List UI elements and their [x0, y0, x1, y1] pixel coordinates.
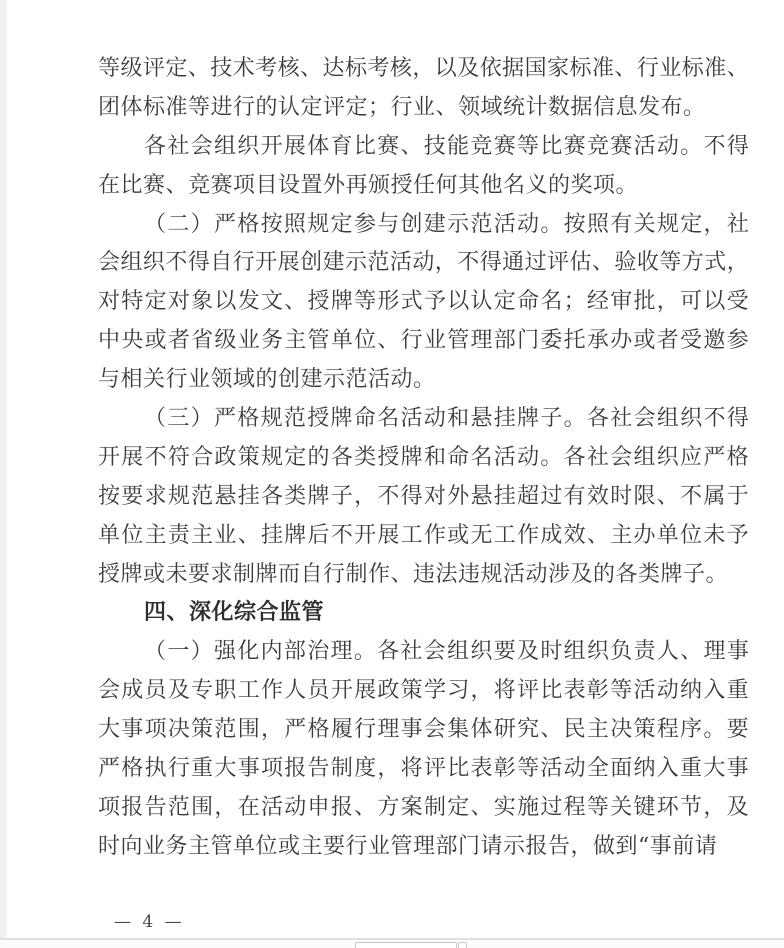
bottom-widget-handle[interactable]: [458, 942, 467, 948]
text-line: 对特定对象以发文、授牌等形式予以认定命名；经审批，可以受: [98, 283, 749, 322]
viewer-left-gutter: [0, 0, 7, 938]
page-footer: — 4 —: [114, 912, 185, 932]
text-line: 时向业务主管单位或主要行业管理部门请示报告，做到“事前请: [98, 828, 749, 867]
text-line: 大事项决策范围，严格履行理事会集体研究、民主决策程序。要: [98, 711, 749, 750]
text-line: （二）严格按照规定参与创建示范活动。按照有关规定，社: [98, 206, 749, 245]
text-line: 等级评定、技术考核、达标考核，以及依据国家标准、行业标准、: [98, 50, 749, 89]
document-viewer: 等级评定、技术考核、达标考核，以及依据国家标准、行业标准、团体标准等进行的认定评…: [0, 0, 784, 948]
text-line: 中央或者省级业务主管单位、行业管理部门委托承办或者受邀参: [98, 322, 749, 361]
text-line: （三）严格规范授牌命名活动和悬挂牌子。各社会组织不得: [98, 400, 749, 439]
section-heading: 四、深化综合监管: [98, 594, 749, 633]
text-line: 在比赛、竞赛项目设置外再颁授任何其他名义的奖项。: [98, 167, 749, 206]
text-line: 单位主责主业、挂牌后不开展工作或无工作成效、主办单位未予: [98, 517, 749, 556]
text-line: （一）强化内部治理。各社会组织要及时组织负责人、理事: [98, 633, 749, 672]
text-line: 按要求规范悬挂各类牌子，不得对外悬挂超过有效时限、不属于: [98, 478, 749, 517]
page-content: 等级评定、技术考核、达标考核，以及依据国家标准、行业标准、团体标准等进行的认定评…: [98, 50, 749, 867]
text-line: 团体标准等进行的认定评定；行业、领域统计数据信息发布。: [98, 89, 749, 128]
page-number: — 4 —: [114, 912, 185, 932]
bottom-widget-partial[interactable]: [355, 942, 457, 948]
text-line: 严格执行重大事项报告制度，将评比表彰等活动全面纳入重大事: [98, 750, 749, 789]
text-line: 项报告范围，在活动申报、方案制定、实施过程等关键环节，及: [98, 789, 749, 828]
text-line: 会组织不得自行开展创建示范活动，不得通过评估、验收等方式，: [98, 244, 749, 283]
text-line: 授牌或未要求制牌而自行制作、违法违规活动涉及的各类牌子。: [98, 556, 749, 595]
document-page: 等级评定、技术考核、达标考核，以及依据国家标准、行业标准、团体标准等进行的认定评…: [7, 0, 784, 938]
text-line: 开展不符合政策规定的各类授牌和命名活动。各社会组织应严格: [98, 439, 749, 478]
text-line: 与相关行业领域的创建示范活动。: [98, 361, 749, 400]
text-line: 会成员及专职工作人员开展政策学习，将评比表彰等活动纳入重: [98, 672, 749, 711]
text-line: 各社会组织开展体育比赛、技能竞赛等比赛竞赛活动。不得: [98, 128, 749, 167]
